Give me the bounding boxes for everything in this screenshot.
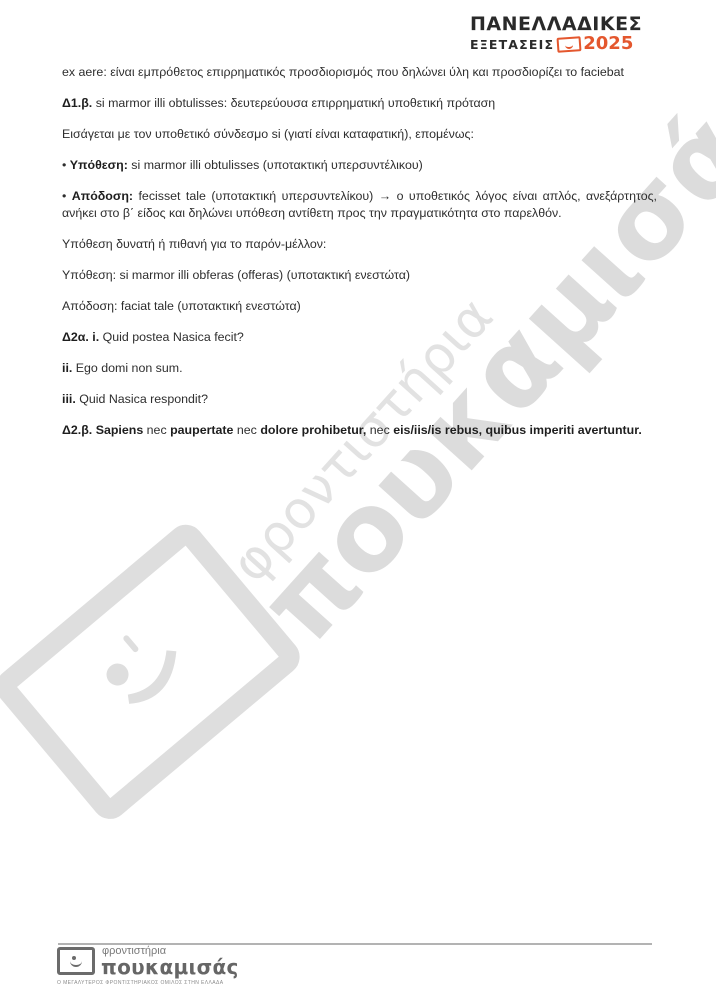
paragraph-ex-aere: ex aere: είναι εμπρόθετος επιρρηματικός …	[62, 64, 657, 81]
bullet-label: Υπόθεση:	[70, 158, 128, 172]
question-label: iii.	[62, 392, 76, 406]
answer-d2a-ii: ii. Ego domi non sum.	[62, 360, 657, 377]
paragraph-d1b: Δ1.β. si marmor illi obtulisses: δευτερε…	[62, 95, 657, 112]
footer-tagline: Ο ΜΕΓΑΛΥΤΕΡΟΣ ΦΡΟΝΤΙΣΤΗΡΙΑΚΟΣ ΟΜΙΛΟΣ ΣΤΗ…	[57, 980, 223, 986]
logo-title: ΠΑΝΕΛΛΑΔΙΚΕΣ	[470, 14, 640, 34]
answer-d2a-i: Δ2α. i. Quid postea Nasica fecit?	[62, 329, 657, 346]
smiley-box-icon	[557, 36, 582, 53]
footer-logo-big: πουκαμισάς	[101, 955, 239, 979]
logo-subtitle: ΕΞΕΤΑΣΕΙΣ	[470, 37, 554, 52]
question-label: Δ1.β.	[62, 96, 92, 110]
paragraph-apodosis-present: Απόδοση: faciat tale (υποτακτική ενεστώτ…	[62, 298, 657, 315]
document-body: ex aere: είναι εμπρόθετος επιρρηματικός …	[62, 64, 657, 453]
bullet-label: Απόδοση:	[72, 189, 133, 203]
exams-2025-logo: ΠΑΝΕΛΛΑΔΙΚΕΣ ΕΞΕΤΑΣΕΙΣ 2025	[470, 14, 640, 53]
question-label: Δ2α. i.	[62, 330, 99, 344]
answer-d2a-iii: iii. Quid Nasica respondit?	[62, 391, 657, 408]
footer-logo: φροντιστήρια πουκαμισάς Ο ΜΕΓΑΛΥΤΕΡΟΣ ΦΡ…	[57, 947, 257, 987]
smiley-box-icon	[57, 947, 95, 975]
paragraph-intro: Εισάγεται με τον υποθετικό σύνδεσμο si (…	[62, 126, 657, 143]
answer-d2b: Δ2.β. Sapiens nec paupertate nec dolore …	[62, 422, 657, 439]
paragraph-possible: Υπόθεση δυνατή ή πιθανή για το παρόν-μέλ…	[62, 236, 657, 253]
question-label: ii.	[62, 361, 72, 375]
paragraph-hypothesis-present: Υπόθεση: si marmor illi obferas (offeras…	[62, 267, 657, 284]
bullet-apodosis: • Απόδοση: fecisset tale (υποτακτική υπε…	[62, 188, 657, 222]
question-label: Δ2.β.	[62, 423, 92, 437]
watermark-box-icon	[3, 532, 293, 813]
bullet-hypothesis: • Υπόθεση: si marmor illi obtulisses (υπ…	[62, 157, 657, 174]
logo-year: 2025	[583, 35, 633, 53]
